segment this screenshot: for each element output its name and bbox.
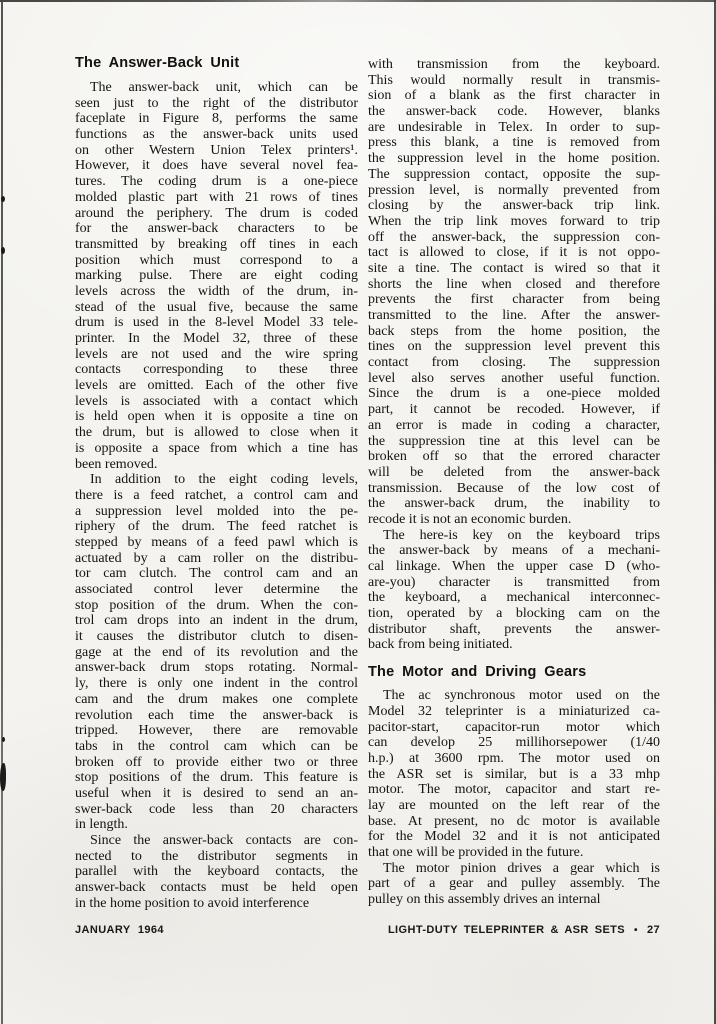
paragraph-line: that one will be provided in the future.	[368, 845, 660, 861]
paragraph-line: nected to the distributor segments in	[75, 849, 358, 865]
paragraph-line: The answer-back unit, which can be	[75, 80, 358, 96]
paragraph-line: stop positions of the drum. This feature…	[75, 770, 358, 786]
paragraph-line: position which must correspond to a	[75, 253, 358, 269]
paragraph-line: levels is associated with a contact whic…	[75, 394, 358, 410]
paragraph-line: The suppression contact, opposite the su…	[368, 167, 660, 183]
paragraph: Since the answer-back contacts are con-n…	[75, 833, 358, 911]
paragraph-line: back from being initiated.	[368, 637, 660, 653]
left-column: The Answer-Back UnitThe answer-back unit…	[75, 55, 358, 911]
paragraph-line: The here-is key on the keyboard trips	[368, 528, 660, 544]
paragraph-line: levels are not used and the wire spring	[75, 347, 358, 363]
paragraph-line: drum is used in the 8-level Model 33 tel…	[75, 315, 358, 331]
paragraph-line: in the home position to avoid interferen…	[75, 896, 358, 912]
paragraph-line: the keyboard, a mechanical interconnec-	[368, 590, 660, 606]
paragraph-line: pacitor-start, capacitor-run motor which	[368, 720, 660, 736]
paragraph-line: answer-back contacts must be held open	[75, 880, 358, 896]
paragraph-line: lay are mounted on the left rear of the	[368, 798, 660, 814]
paragraph-line: in length.	[75, 817, 358, 833]
paragraph-line: tripped. However, there are removable	[75, 723, 358, 739]
paragraph-line: the ASR set is similar, but is a 33 mhp	[368, 767, 660, 783]
paragraph-line: levels are omitted. Each of the other fi…	[75, 378, 358, 394]
paragraph-line: site a tine. The contact is wired so tha…	[368, 261, 660, 277]
paragraph-line: faceplate in Figure 8, performs the same	[75, 111, 358, 127]
paragraph-line: broken off to provide either two or thre…	[75, 755, 358, 771]
paragraph-line: printer. In the Model 32, three of these	[75, 331, 358, 347]
paragraph-line: seen just to the right of the distributo…	[75, 96, 358, 112]
paragraph-line: tures. The coding drum is a one-piece	[75, 174, 358, 190]
paragraph-line: However, it does have several novel fea-	[75, 158, 358, 174]
paragraph-line: tact is allowed to close, if it is not o…	[368, 245, 660, 261]
paragraph-line: cam and the drum makes one complete	[75, 692, 358, 708]
paragraph-line: there is a feed ratchet, a control cam a…	[75, 488, 358, 504]
paragraph: In addition to the eight coding levels,t…	[75, 472, 358, 833]
footer-separator: •	[634, 925, 638, 936]
paragraph-line: are undesirable in Telex. In order to su…	[368, 120, 660, 136]
paragraph-line: actuated by a cam roller on the distribu…	[75, 551, 358, 567]
paragraph-line: the answer-back drum, the inability to	[368, 496, 660, 512]
right-column: with transmission from the keyboard.This…	[368, 57, 660, 908]
paragraph: The ac synchronous motor used on theMode…	[368, 688, 660, 861]
paragraph-line: level also serves another useful functio…	[368, 371, 660, 387]
paragraph-line: motor. The motor, capacitor and start re…	[368, 782, 660, 798]
paragraph-line: molded plastic part with 21 rows of tine…	[75, 190, 358, 206]
paragraph-line: for the Model 32 and it is not anticipat…	[368, 829, 660, 845]
paragraph-line: swer-back code less than 20 characters	[75, 802, 358, 818]
paragraph-line: revolution each time the answer-back is	[75, 708, 358, 724]
paragraph-line: tor cam clutch. The control cam and an	[75, 566, 358, 582]
ink-speck	[2, 737, 5, 742]
paragraph-line: associated control lever determine the	[75, 582, 358, 598]
paragraph-line: is held open when it is opposite a tine …	[75, 409, 358, 425]
scan-edge-left	[1, 2, 3, 1024]
paragraph-line: transmission. Because of the low cost of	[368, 481, 660, 497]
paragraph-line: stead of the usual five, because the sam…	[75, 300, 358, 316]
ink-speck	[0, 763, 6, 791]
paragraph-line: transmitted by breaking off tines in eac…	[75, 237, 358, 253]
ink-speck	[1, 247, 5, 254]
paragraph-line: trol cam drops into an indent in the dru…	[75, 613, 358, 629]
paragraph-line: tines on the suppression level prevent t…	[368, 339, 660, 355]
paragraph-line: cal linkage. When the upper case D (who-	[368, 559, 660, 575]
paragraph-line: prevents the first character from being	[368, 292, 660, 308]
paragraph-line: contacts corresponding to these three	[75, 362, 358, 378]
paragraph-line: transmitted to the line. After the answe…	[368, 308, 660, 324]
page-footer: JANUARY 1964 LIGHT-DUTY TELEPRINTER & AS…	[75, 924, 660, 936]
paragraph-line: the drum, but is allowed to close when i…	[75, 425, 358, 441]
paragraph-line: In addition to the eight coding levels,	[75, 472, 358, 488]
paragraph-line: Since the drum is a one-piece molded	[368, 386, 660, 402]
paragraph-line: closing by the answer-back trip link.	[368, 198, 660, 214]
ink-speck	[1, 196, 5, 202]
paragraph-line: an error is made in coding a character,	[368, 418, 660, 434]
paragraph-line: the answer-back by means of a mechani-	[368, 543, 660, 559]
paragraph-line: around the periphery. The drum is coded	[75, 206, 358, 222]
paragraph-line: stepped by means of a feed pawl which is	[75, 535, 358, 551]
paragraph-line: part of a gear and pulley assembly. The	[368, 876, 660, 892]
paragraph-line: answer-back drum stops rotating. Normal-	[75, 660, 358, 676]
paragraph-line: marking pulse. There are eight coding	[75, 268, 358, 284]
paragraph-line: stop position of the drum. When the con-	[75, 598, 358, 614]
section-heading: The Motor and Driving Gears	[368, 664, 660, 680]
paragraph: The here-is key on the keyboard tripsthe…	[368, 528, 660, 654]
footer-title: LIGHT-DUTY TELEPRINTER & ASR SETS	[388, 924, 625, 936]
paragraph-line: riphery of the drum. The feed ratchet is	[75, 519, 358, 535]
paragraph-line: off the answer-back, the suppression con…	[368, 230, 660, 246]
paragraph-line: back steps from the home position, the	[368, 324, 660, 340]
paragraph-line: levels across the width of the drum, in-	[75, 284, 358, 300]
section-heading: The Answer-Back Unit	[75, 55, 358, 71]
paragraph-line: part, it cannot be recoded. However, if	[368, 402, 660, 418]
paragraph-line: The motor pinion drives a gear which is	[368, 861, 660, 877]
paragraph-line: shorts the line when closed and therefor…	[368, 277, 660, 293]
paragraph-line: gage at the end of its revolution and th…	[75, 645, 358, 661]
paragraph-line: the suppression level in the home positi…	[368, 151, 660, 167]
paragraph-line: useful when it is desired to send an an-	[75, 786, 358, 802]
paragraph-line: recode it is not an economic burden.	[368, 512, 660, 528]
paragraph-line: Model 32 teleprinter is a miniaturized c…	[368, 704, 660, 720]
footer-publication: LIGHT-DUTY TELEPRINTER & ASR SETS•27	[388, 924, 660, 936]
paragraph-line: functions as the answer-back units used	[75, 127, 358, 143]
paragraph-line: pulley on this assembly drives an intern…	[368, 892, 660, 908]
paragraph-line: sion of a blank as the first character i…	[368, 88, 660, 104]
paragraph-line: Since the answer-back contacts are con-	[75, 833, 358, 849]
paragraph-line: distributor shaft, prevents the answer-	[368, 622, 660, 638]
paragraph-line: are-you) character is transmitted from	[368, 575, 660, 591]
paragraph-line: press this blank, a tine is removed from	[368, 135, 660, 151]
paragraph: with transmission from the keyboard.This…	[368, 57, 660, 528]
paragraph-line: parallel with the keyboard contacts, the	[75, 864, 358, 880]
paragraph-line: it causes the distributor clutch to dise…	[75, 629, 358, 645]
footer-date: JANUARY 1964	[75, 924, 164, 936]
paragraph-line: When the trip link moves forward to trip	[368, 214, 660, 230]
paragraph-line: tabs in the control cam which can be	[75, 739, 358, 755]
paragraph-line: ly, there is only one indent in the cont…	[75, 676, 358, 692]
paragraph-line: been removed.	[75, 457, 358, 473]
paragraph-line: the answer-back code. However, blanks	[368, 104, 660, 120]
paragraph-line: This would normally result in transmis-	[368, 73, 660, 89]
scan-edge-top	[0, 0, 716, 2]
paragraph-line: base. At present, no dc motor is availab…	[368, 814, 660, 830]
paragraph-line: on other Western Union Telex printers¹.	[75, 143, 358, 159]
footer-page-number: 27	[647, 924, 660, 936]
paragraph-line: with transmission from the keyboard.	[368, 57, 660, 73]
paragraph: The motor pinion drives a gear which isp…	[368, 861, 660, 908]
paragraph-line: the suppression tine at this level can b…	[368, 434, 660, 450]
paragraph-line: for the answer-back characters to be	[75, 221, 358, 237]
paragraph-line: contact from closing. The suppression	[368, 355, 660, 371]
paragraph-line: is opposite a space from which a tine ha…	[75, 441, 358, 457]
paragraph-line: pression level, is normally prevented fr…	[368, 183, 660, 199]
paragraph-line: tion, operated by a blocking cam on the	[368, 606, 660, 622]
paragraph-line: The ac synchronous motor used on the	[368, 688, 660, 704]
paragraph-line: broken off so that the errored character	[368, 449, 660, 465]
paragraph-line: will be deleted from the answer-back	[368, 465, 660, 481]
paragraph-line: can develop 25 millihorsepower (1/40	[368, 735, 660, 751]
paragraph-line: a suppression level molded into the pe-	[75, 504, 358, 520]
paragraph-line: h.p.) at 3600 rpm. The motor used on	[368, 751, 660, 767]
paragraph: The answer-back unit, which can beseen j…	[75, 80, 358, 472]
